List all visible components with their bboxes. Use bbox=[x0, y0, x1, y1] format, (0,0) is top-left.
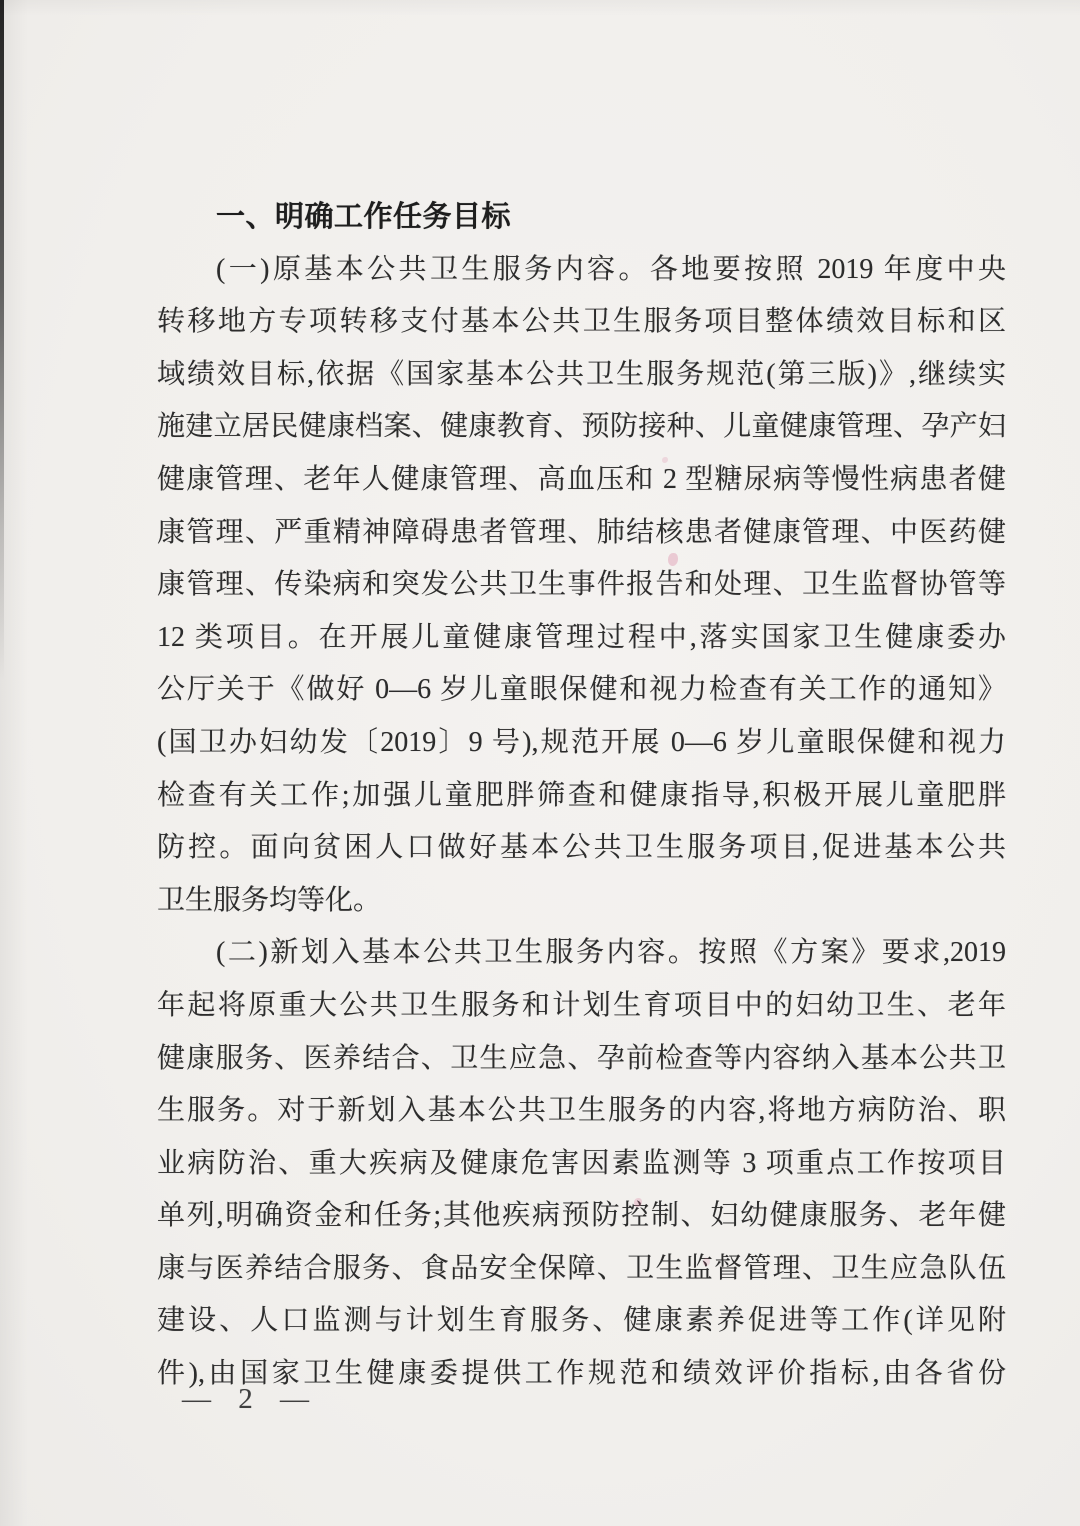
page-number: — 2 — bbox=[182, 1383, 311, 1416]
text-line: 康管理、传染病和突发公共卫生事件报告和处理、卫生监督协管等 bbox=[157, 559, 1006, 612]
text-line: 单列,明确资金和任务;其他疾病预防控制、妇幼健康服务、老年健 bbox=[157, 1190, 1006, 1243]
text-line: 健康管理、老年人健康管理、高血压和 2 型糖尿病等慢性病患者健 bbox=[157, 454, 1006, 507]
text-line: 业病防治、重大疾病及健康危害因素监测等 3 项重点工作按项目 bbox=[157, 1138, 1006, 1191]
text-line: 检查有关工作;加强儿童肥胖筛查和健康指导,积极开展儿童肥胖 bbox=[157, 770, 1006, 823]
text-line: (国卫办妇幼发〔2019〕9 号),规范开展 0—6 岁儿童眼保健和视力 bbox=[157, 717, 1006, 770]
document-body: 一、明确工作任务目标 (一)原基本公共卫生服务内容。各地要按照 2019 年度中… bbox=[157, 191, 1006, 1401]
text-line: 健康服务、医养结合、卫生应急、孕前检查等内容纳入基本公共卫 bbox=[157, 1033, 1006, 1086]
text-line: 防控。面向贫困人口做好基本公共卫生服务项目,促进基本公共 bbox=[157, 822, 1006, 875]
text-line: (二)新划入基本公共卫生服务内容。按照《方案》要求,2019 bbox=[157, 927, 1006, 980]
text-line: 建设、人口监测与计划生育服务、健康素养促进等工作(详见附 bbox=[157, 1295, 1006, 1348]
text-line: 卫生服务均等化。 bbox=[157, 875, 1006, 928]
text-line: 12 类项目。在开展儿童健康管理过程中,落实国家卫生健康委办 bbox=[157, 612, 1006, 665]
text-line: (一)原基本公共卫生服务内容。各地要按照 2019 年度中央 bbox=[157, 244, 1006, 297]
text-line: 转移地方专项转移支付基本公共卫生服务项目整体绩效目标和区 bbox=[157, 296, 1006, 349]
text-line: 域绩效目标,依据《国家基本公共卫生服务规范(第三版)》,继续实 bbox=[157, 349, 1006, 402]
text-line: 施建立居民健康档案、健康教育、预防接种、儿童健康管理、孕产妇 bbox=[157, 401, 1006, 454]
scan-edge-artifact bbox=[0, 0, 4, 680]
scanned-document-page: 一、明确工作任务目标 (一)原基本公共卫生服务内容。各地要按照 2019 年度中… bbox=[0, 0, 1080, 1526]
paragraphs: (一)原基本公共卫生服务内容。各地要按照 2019 年度中央转移地方专项转移支付… bbox=[157, 244, 1006, 1401]
text-line: 康与医养结合服务、食品安全保障、卫生监督管理、卫生应急队伍 bbox=[157, 1243, 1006, 1296]
text-line: 康管理、严重精神障碍患者管理、肺结核患者健康管理、中医药健 bbox=[157, 507, 1006, 560]
section-heading: 一、明确工作任务目标 bbox=[157, 191, 1006, 244]
text-line: 公厅关于《做好 0—6 岁儿童眼保健和视力检查有关工作的通知》 bbox=[157, 664, 1006, 717]
text-line: 年起将原重大公共卫生服务和计划生育项目中的妇幼卫生、老年 bbox=[157, 980, 1006, 1033]
text-line: 生服务。对于新划入基本公共卫生服务的内容,将地方病防治、职 bbox=[157, 1085, 1006, 1138]
